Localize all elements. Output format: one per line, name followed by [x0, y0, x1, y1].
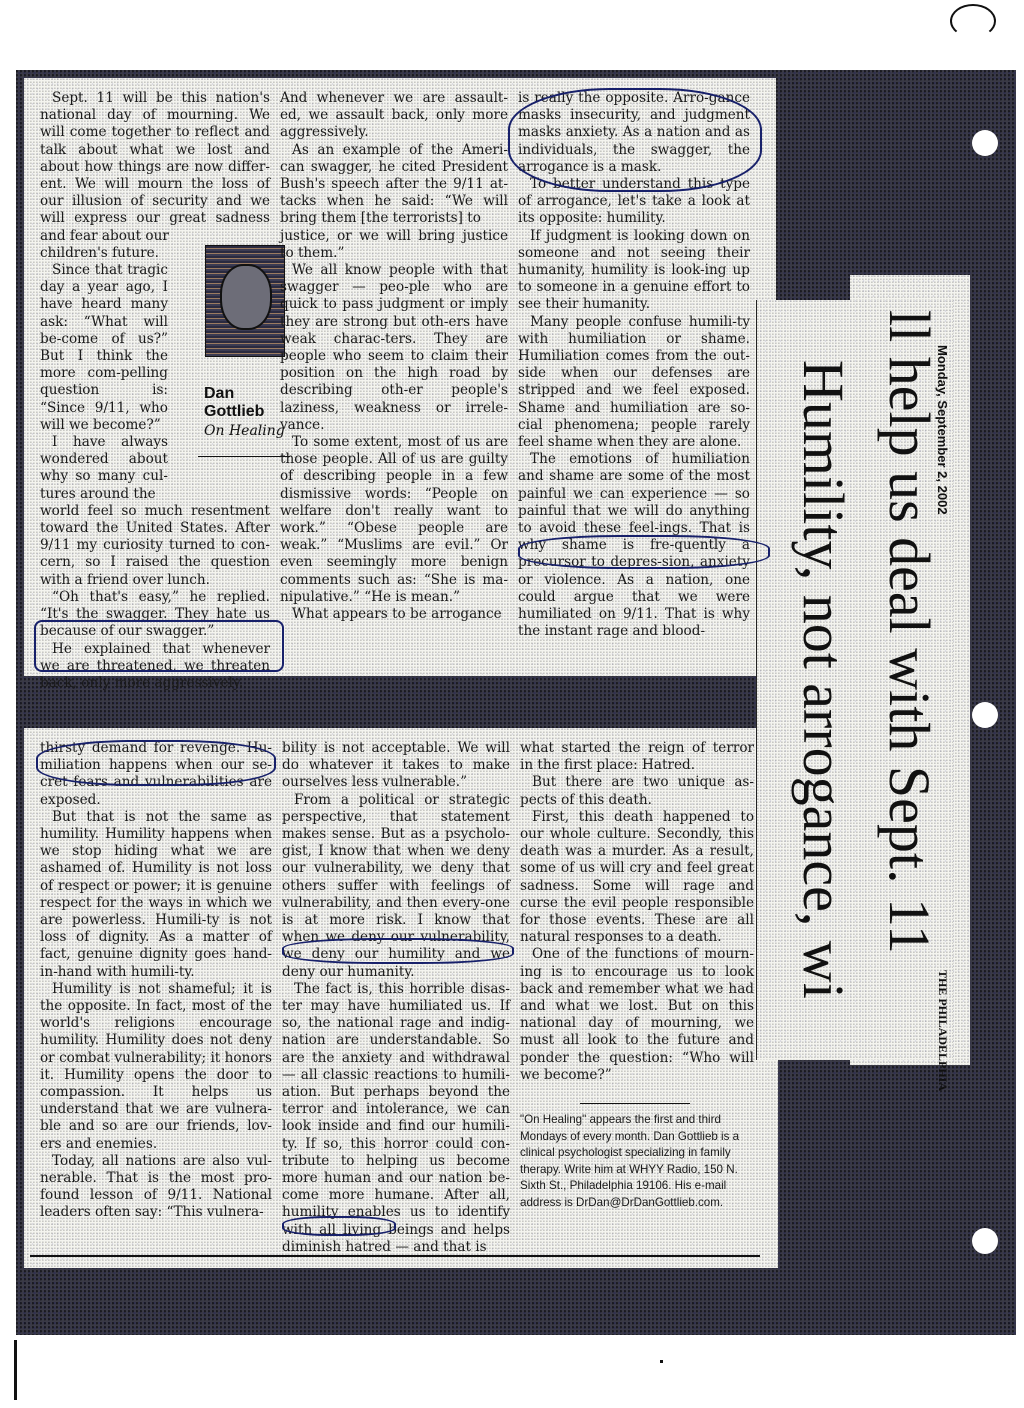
paragraph: Sept. 11 will be this nation's national …: [40, 90, 270, 245]
scan-edge-mark: [14, 1340, 17, 1400]
paragraph: As an example of the Ameri-can swagger, …: [280, 142, 508, 228]
paragraph: First, this death happened to our whole …: [520, 809, 754, 947]
author-face-image: [220, 264, 272, 330]
section-bottom-rule: [30, 1255, 760, 1257]
paragraph: I have always wondered about why so many…: [40, 434, 168, 503]
byline-divider: [198, 456, 290, 457]
note-divider: [580, 1103, 690, 1104]
handwritten-page-mark: [950, 4, 996, 38]
paragraph: But that is not the same as humility. Hu…: [40, 809, 272, 981]
author-note: "On Healing" appears the first and third…: [520, 1112, 760, 1211]
punch-hole: [972, 1228, 998, 1254]
paragraph: Since that tragic day a year ago, I have…: [40, 262, 168, 434]
paragraph: To some extent, most of us are those peo…: [280, 434, 508, 606]
handwritten-circle-annotation: [36, 740, 276, 786]
paragraph: bility is not acceptable. We will do wha…: [282, 740, 510, 792]
paragraph: The fact is, this horrible disas-ter may…: [282, 981, 510, 1256]
paragraph: Today, all nations are also vul-nerable.…: [40, 1153, 272, 1222]
handwritten-circle-annotation: [518, 535, 770, 569]
dateline: Monday, September 2, 2002: [930, 345, 950, 605]
paragraph: And whenever we are assault-ed, we assau…: [280, 90, 508, 142]
punch-hole: [972, 702, 998, 728]
handwritten-box-annotation: [34, 620, 284, 672]
handwritten-circle-annotation: [282, 938, 514, 964]
paragraph: If judgment is looking down on someone a…: [518, 228, 750, 314]
article-column-2: And whenever we are assault-ed, we assau…: [280, 90, 508, 623]
headline-line-1: Humility, not arrogance, wi: [790, 360, 856, 999]
article-column-6: what started the reign of terror in the …: [520, 740, 754, 1084]
handwritten-circle-annotation: [282, 1216, 396, 1236]
publication-name: THE PHILADELPHIA: [930, 970, 950, 1090]
paragraph: Many people confuse humili-ty with humil…: [518, 314, 750, 452]
paragraph: But there are two unique as-pects of thi…: [520, 774, 754, 808]
headline: Humility, not arrogance, wi ll help us d…: [758, 300, 954, 1060]
article-column-5: bility is not acceptable. We will do wha…: [282, 740, 510, 1256]
paragraph: Humility is not shameful; it is the oppo…: [40, 981, 272, 1153]
article-column-4: thirsty demand for revenge. Hu-miliation…: [40, 740, 272, 1222]
punch-hole: [972, 130, 998, 156]
paragraph: What appears to be arrogance: [280, 606, 508, 623]
handwritten-circle-annotation: [508, 88, 762, 192]
paragraph: what started the reign of terror in the …: [520, 740, 754, 774]
scan-speck: [660, 1360, 663, 1363]
paragraph: world feel so much resentment toward the…: [40, 503, 270, 589]
paragraph: justice, or we will bring justice to the…: [280, 228, 508, 262]
author-photo: [205, 245, 285, 357]
paragraph: One of the functions of mourn-ing is to …: [520, 946, 754, 1084]
paragraph: We all know people with that swagger — p…: [280, 262, 508, 434]
